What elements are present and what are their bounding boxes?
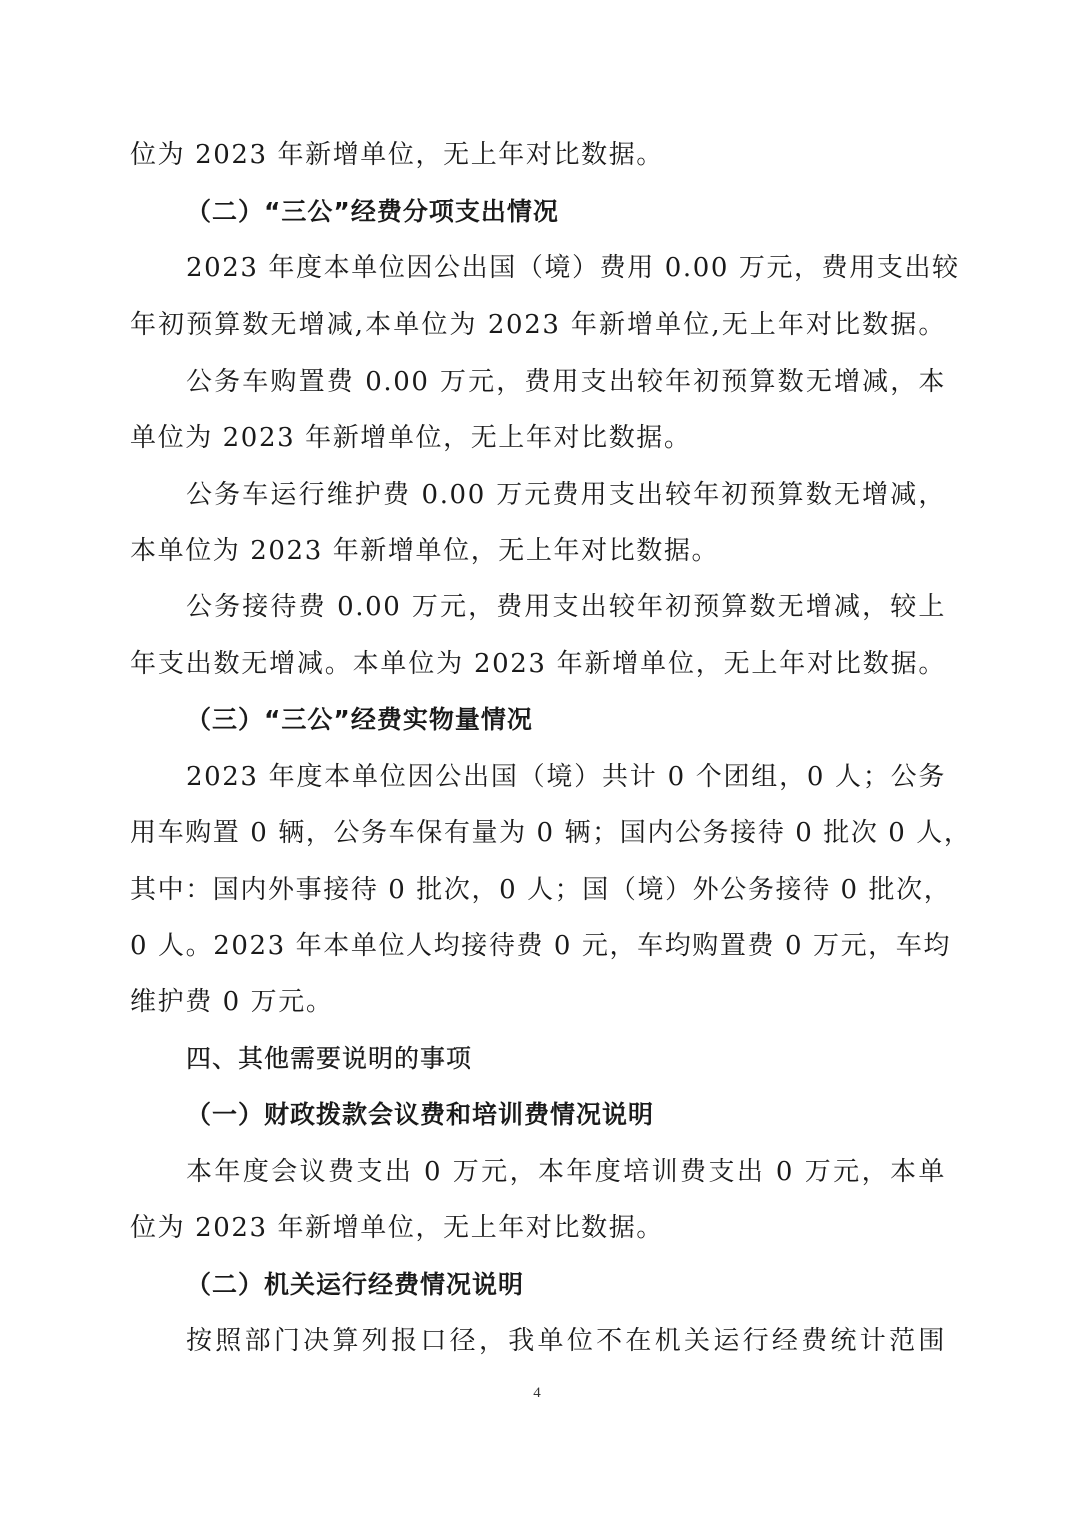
paragraph-line: 维护费 0 万元。: [130, 982, 946, 1022]
page-number: 4: [0, 1385, 1074, 1402]
paragraph-line: 2023 年度本单位因公出国（境）共计 0 个团组，0 人；公务: [186, 757, 946, 797]
paragraph-line: 位为 2023 年新增单位，无上年对比数据。: [130, 1208, 946, 1248]
paragraph-line: 位为 2023 年新增单位，无上年对比数据。: [130, 135, 946, 175]
paragraph-line: 年支出数无增减。本单位为 2023 年新增单位，无上年对比数据。: [130, 644, 946, 684]
subheading-sangong-physical: （三）“三公”经费实物量情况: [186, 700, 946, 740]
subheading-meeting-training: （一）财政拨款会议费和培训费情况说明: [186, 1095, 946, 1135]
paragraph-line: 公务车运行维护费 0.00 万元费用支出较年初预算数无增减，: [186, 475, 946, 515]
paragraph-line: 按照部门决算列报口径，我单位不在机关运行经费统计范围: [186, 1321, 946, 1361]
paragraph-line: 2023 年度本单位因公出国（境）费用 0.00 万元，费用支出较: [186, 248, 946, 288]
paragraph-line: 本单位为 2023 年新增单位，无上年对比数据。: [130, 531, 946, 571]
paragraph-line: 公务车购置费 0.00 万元，费用支出较年初预算数无增减，本: [186, 362, 946, 402]
paragraph-line: 0 人。2023 年本单位人均接待费 0 元，车均购置费 0 万元，车均: [130, 926, 946, 966]
paragraph-line: 公务接待费 0.00 万元，费用支出较年初预算数无增减，较上: [186, 587, 946, 627]
paragraph-line: 年初预算数无增减,本单位为 2023 年新增单位,无上年对比数据。: [130, 305, 946, 345]
paragraph-line: 用车购置 0 辆，公务车保有量为 0 辆；国内公务接待 0 批次 0 人，: [130, 813, 946, 853]
paragraph-line: 本年度会议费支出 0 万元，本年度培训费支出 0 万元，本单: [186, 1152, 946, 1192]
document-page: 位为 2023 年新增单位，无上年对比数据。 （二）“三公”经费分项支出情况 2…: [0, 0, 1074, 1520]
subheading-sangong-breakdown: （二）“三公”经费分项支出情况: [186, 192, 946, 232]
section-heading-other-matters: 四、其他需要说明的事项: [186, 1039, 946, 1079]
subheading-operating-costs: （二）机关运行经费情况说明: [186, 1265, 946, 1305]
paragraph-line: 单位为 2023 年新增单位，无上年对比数据。: [130, 418, 946, 458]
paragraph-line: 其中：国内外事接待 0 批次，0 人；国（境）外公务接待 0 批次，: [130, 870, 946, 910]
